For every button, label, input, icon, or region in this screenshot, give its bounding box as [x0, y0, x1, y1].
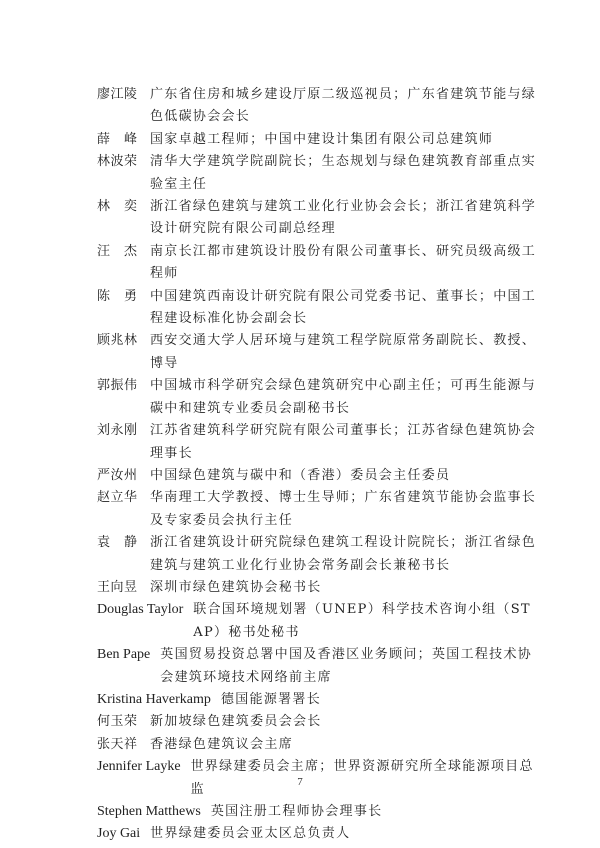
member-name: 顾兆林 — [97, 330, 150, 375]
member-name: 林 奕 — [97, 196, 150, 241]
member-entry: 王向昱深圳市绿色建筑协会秘书长 — [97, 577, 537, 599]
member-name: Ben Pape — [97, 644, 150, 689]
member-name: 陈 勇 — [97, 286, 150, 331]
member-name: 林波荣 — [97, 151, 150, 196]
member-name: 郭振伟 — [97, 375, 150, 420]
member-name: Joy Gai — [97, 823, 140, 845]
member-list: 廖江陵广东省住房和城乡建设厅原二级巡视员；广东省建筑节能与绿色低碳协会会长 薛 … — [97, 84, 537, 846]
member-title: 联合国环境规划署（UNEP）科学技术咨询小组（STAP）秘书处秘书 — [193, 599, 537, 644]
member-title: 中国城市科学研究会绿色建筑研究中心副主任；可再生能源与碳中和建筑专业委员会副秘书… — [150, 375, 537, 420]
member-name: 张天祥 — [97, 734, 150, 756]
member-title: 中国建筑西南设计研究院有限公司党委书记、董事长；中国工程建设标准化协会副会长 — [150, 286, 537, 331]
member-entry: 袁 静浙江省建筑设计研究院绿色建筑工程设计院院长；浙江省绿色建筑与建筑工业化行业… — [97, 532, 537, 577]
member-entry: Joy Gai世界绿建委员会亚太区总负责人 — [97, 823, 537, 845]
member-title: 广东省住房和城乡建设厅原二级巡视员；广东省建筑节能与绿色低碳协会会长 — [150, 84, 537, 129]
member-name: 赵立华 — [97, 487, 150, 532]
member-name: 汪 杰 — [97, 241, 150, 286]
member-title: 南京长江都市建筑设计股份有限公司董事长、研究员级高级工程师 — [150, 241, 537, 286]
member-name: 何玉荣 — [97, 711, 150, 733]
member-entry: 刘永刚江苏省建筑科学研究院有限公司董事长；江苏省绿色建筑协会理事长 — [97, 420, 537, 465]
page-number: 7 — [0, 776, 600, 788]
member-name: 王向昱 — [97, 577, 150, 599]
member-title: 浙江省绿色建筑与建筑工业化行业协会会长；浙江省建筑科学设计研究院有限公司副总经理 — [150, 196, 537, 241]
member-title: 世界绿建委员会亚太区总负责人 — [150, 823, 537, 845]
member-entry: Ben Pape英国贸易投资总署中国及香港区业务顾问；英国工程技术协会建筑环境技… — [97, 644, 537, 689]
member-title: 深圳市绿色建筑协会秘书长 — [150, 577, 537, 599]
member-title: 中国绿色建筑与碳中和（香港）委员会主任委员 — [150, 465, 537, 487]
member-entry: 赵立华华南理工大学教授、博士生导师；广东省建筑节能协会监事长及专家委员会执行主任 — [97, 487, 537, 532]
member-title: 华南理工大学教授、博士生导师；广东省建筑节能协会监事长及专家委员会执行主任 — [150, 487, 537, 532]
member-entry: 顾兆林西安交通大学人居环境与建筑工程学院原常务副院长、教授、博导 — [97, 330, 537, 375]
member-title: 德国能源署署长 — [221, 689, 537, 711]
member-entry: 廖江陵广东省住房和城乡建设厅原二级巡视员；广东省建筑节能与绿色低碳协会会长 — [97, 84, 537, 129]
member-entry: 林 奕浙江省绿色建筑与建筑工业化行业协会会长；浙江省建筑科学设计研究院有限公司副… — [97, 196, 537, 241]
member-title: 清华大学建筑学院副院长；生态规划与绿色建筑教育部重点实验室主任 — [150, 151, 537, 196]
member-title: 英国贸易投资总署中国及香港区业务顾问；英国工程技术协会建筑环境技术网络前主席 — [160, 644, 537, 689]
member-name: Kristina Haverkamp — [97, 689, 211, 711]
member-title: 英国注册工程师协会理事长 — [211, 801, 537, 823]
member-name: 刘永刚 — [97, 420, 150, 465]
member-entry: 严汝州中国绿色建筑与碳中和（香港）委员会主任委员 — [97, 465, 537, 487]
member-entry: 汪 杰南京长江都市建筑设计股份有限公司董事长、研究员级高级工程师 — [97, 241, 537, 286]
member-name: 薛 峰 — [97, 129, 150, 151]
member-entry: 陈 勇中国建筑西南设计研究院有限公司党委书记、董事长；中国工程建设标准化协会副会… — [97, 286, 537, 331]
member-title: 新加坡绿色建筑委员会会长 — [150, 711, 537, 733]
member-entry: 何玉荣新加坡绿色建筑委员会会长 — [97, 711, 537, 733]
member-title: 江苏省建筑科学研究院有限公司董事长；江苏省绿色建筑协会理事长 — [150, 420, 537, 465]
member-name: 严汝州 — [97, 465, 150, 487]
member-title: 国家卓越工程师；中国中建设计集团有限公司总建筑师 — [150, 129, 537, 151]
member-title: 西安交通大学人居环境与建筑工程学院原常务副院长、教授、博导 — [150, 330, 537, 375]
member-name: 廖江陵 — [97, 84, 150, 129]
member-title: 浙江省建筑设计研究院绿色建筑工程设计院院长；浙江省绿色建筑与建筑工业化行业协会常… — [150, 532, 537, 577]
member-name: Douglas Taylor — [97, 599, 183, 644]
member-name: 袁 静 — [97, 532, 150, 577]
member-entry: 郭振伟中国城市科学研究会绿色建筑研究中心副主任；可再生能源与碳中和建筑专业委员会… — [97, 375, 537, 420]
member-entry: 张天祥香港绿色建筑议会主席 — [97, 734, 537, 756]
member-entry: Douglas Taylor联合国环境规划署（UNEP）科学技术咨询小组（STA… — [97, 599, 537, 644]
member-title: 香港绿色建筑议会主席 — [150, 734, 537, 756]
member-entry: Stephen Matthews英国注册工程师协会理事长 — [97, 801, 537, 823]
member-entry: Kristina Haverkamp德国能源署署长 — [97, 689, 537, 711]
member-entry: 林波荣清华大学建筑学院副院长；生态规划与绿色建筑教育部重点实验室主任 — [97, 151, 537, 196]
member-name: Stephen Matthews — [97, 801, 201, 823]
member-entry: 薛 峰国家卓越工程师；中国中建设计集团有限公司总建筑师 — [97, 129, 537, 151]
